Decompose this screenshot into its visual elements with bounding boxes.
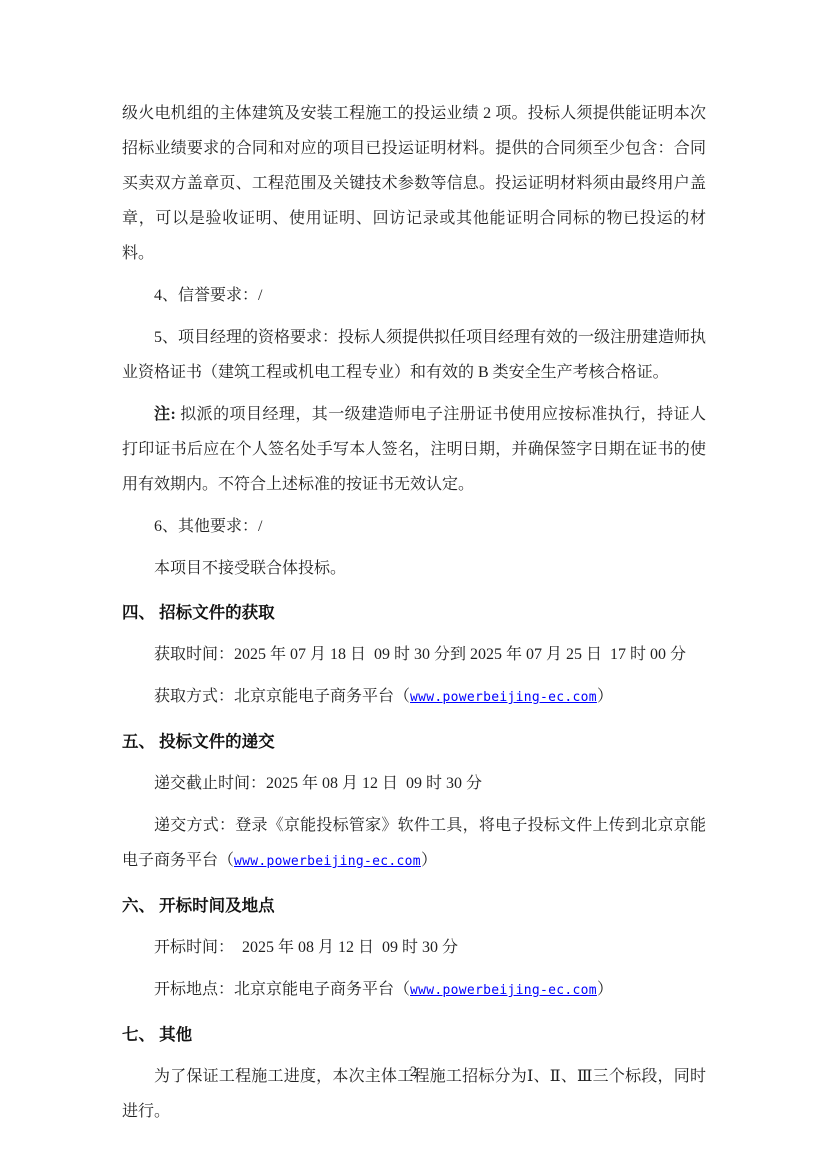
paragraph-opening-time: 开标时间： 2025 年 08 月 12 日 09 时 30 分 [122, 930, 706, 965]
paragraph-submission-deadline: 递交截止时间：2025 年 08 月 12 日 09 时 30 分 [122, 766, 706, 801]
paragraph-acquisition-time: 获取时间：2025 年 07 月 18 日 09 时 30 分到 2025 年 … [122, 637, 706, 672]
clause-project-manager-qualification: 5、项目经理的资格要求：投标人须提供拟任项目经理有效的一级注册建造师执业资格证书… [122, 320, 706, 390]
heading-section-4-document-acquisition: 四、 招标文件的获取 [122, 595, 706, 630]
note-text: 拟派的项目经理，其一级建造师电子注册证书使用应按标准执行，持证人打印证书后应在个… [122, 406, 706, 493]
page-number: 2 [0, 1064, 827, 1081]
paragraph-acquisition-method: 获取方式：北京京能电子商务平台（www.powerbeijing-ec.com） [122, 679, 706, 715]
paragraph-performance-requirements: 级火电机组的主体建筑及安装工程施工的投运业绩 2 项。投标人须提供能证明本次招标… [122, 96, 706, 271]
opening-location-suffix: ） [597, 981, 613, 998]
paragraph-submission-method: 递交方式：登录《京能投标管家》软件工具，将电子投标文件上传到北京京能电子商务平台… [122, 808, 706, 879]
acquisition-method-text: 获取方式：北京京能电子商务平台（ [154, 688, 410, 705]
submission-method-suffix: ） [421, 852, 437, 869]
submission-platform-link[interactable]: www.powerbeijing-ec.com [234, 854, 421, 869]
heading-section-5-bid-submission: 五、 投标文件的递交 [122, 724, 706, 759]
document-page: 级火电机组的主体建筑及安装工程施工的投运业绩 2 项。投标人须提供能证明本次招标… [0, 0, 827, 1169]
clause-other-requirements: 6、其他要求：/ [122, 509, 706, 544]
paragraph-no-consortium: 本项目不接受联合体投标。 [122, 551, 706, 586]
note-label: 注: [154, 406, 176, 423]
document-content: 级火电机组的主体建筑及安装工程施工的投运业绩 2 项。投标人须提供能证明本次招标… [122, 96, 706, 1136]
clause-reputation-requirement: 4、信誉要求：/ [122, 278, 706, 313]
acquisition-method-suffix: ） [597, 688, 613, 705]
heading-section-7-other: 七、 其他 [122, 1017, 706, 1052]
paragraph-opening-location: 开标地点：北京京能电子商务平台（www.powerbeijing-ec.com） [122, 972, 706, 1008]
opening-platform-link[interactable]: www.powerbeijing-ec.com [410, 983, 597, 998]
acquisition-platform-link[interactable]: www.powerbeijing-ec.com [410, 690, 597, 705]
opening-location-text: 开标地点：北京京能电子商务平台（ [154, 981, 410, 998]
note-project-manager-certificate: 注: 拟派的项目经理，其一级建造师电子注册证书使用应按标准执行，持证人打印证书后… [122, 397, 706, 502]
heading-section-6-bid-opening: 六、 开标时间及地点 [122, 888, 706, 923]
